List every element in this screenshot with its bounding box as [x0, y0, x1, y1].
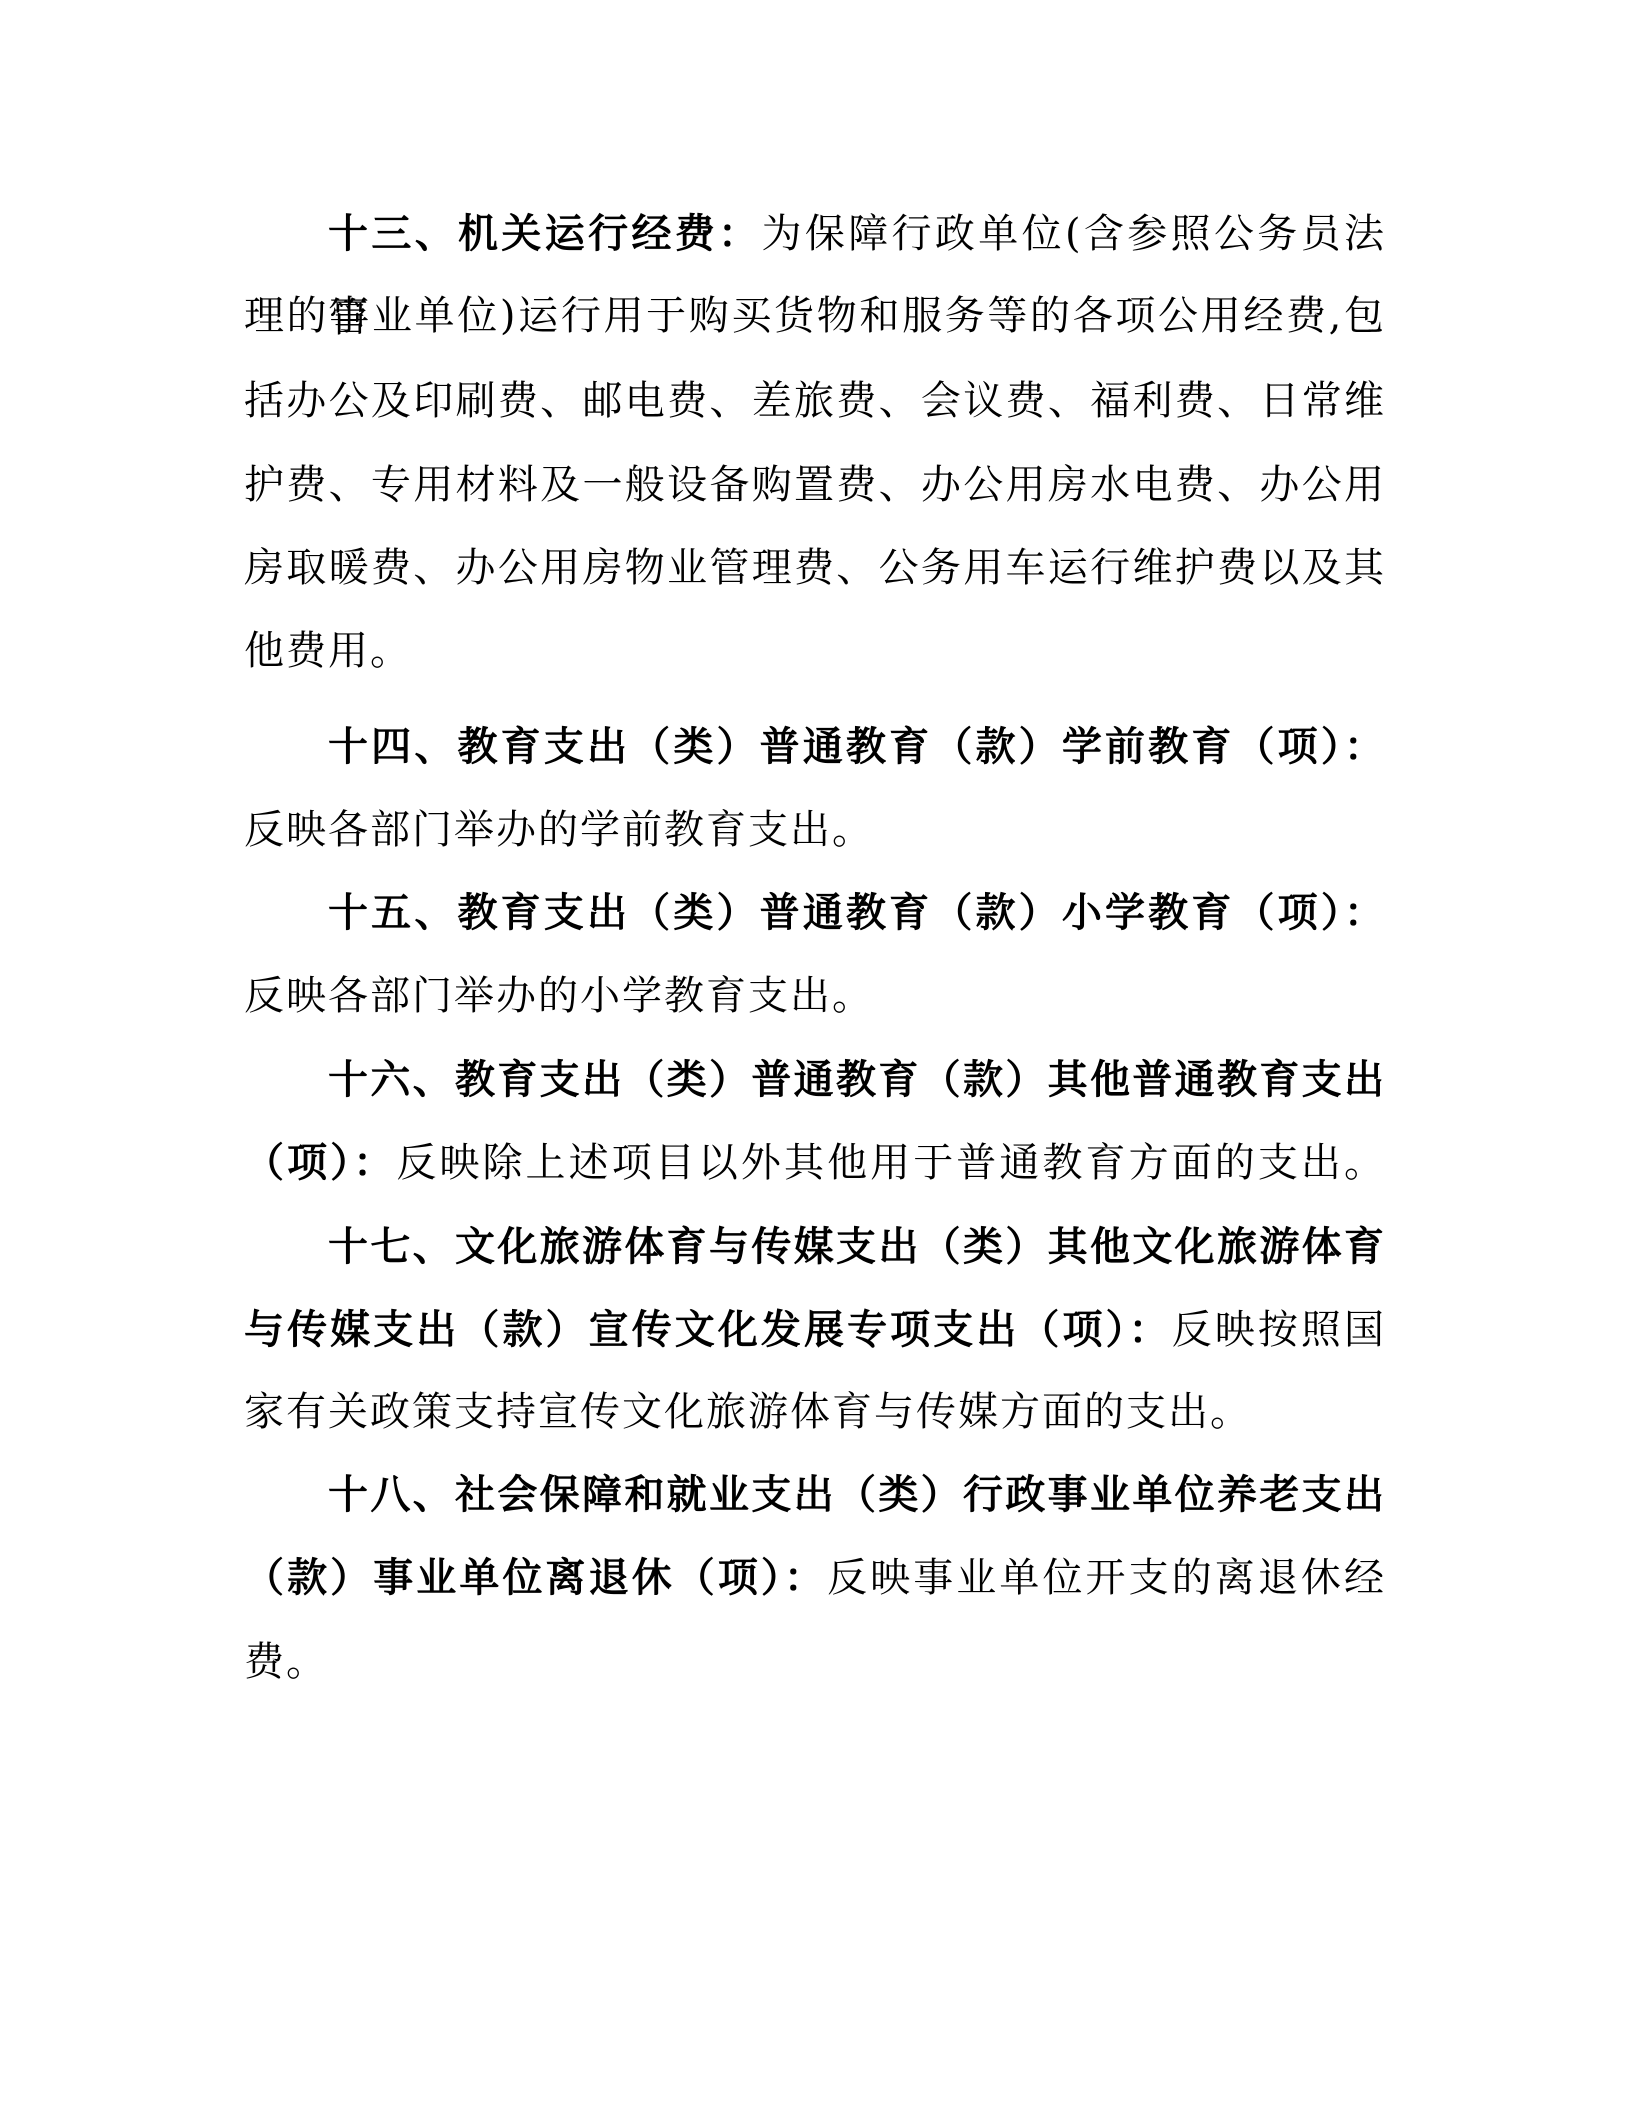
paragraph-14-text: 反映各部门举办的学前教育支出。 — [244, 807, 874, 853]
paragraph-17-line-2: 与传媒支出（款）宣传文化发展专项支出（项）：反映按照国 — [244, 1288, 1386, 1371]
document-page: 十三、机关运行经费：为保障行政单位(含参照公务员法管 理的事业单位)运行用于购买… — [0, 0, 1632, 2112]
paragraph-13-line-4: 护费、专用材料及一般设备购置费、办公用房水电费、办公用 — [244, 443, 1386, 526]
paragraph-18-text: 反映事业单位开支的离退休经 — [827, 1555, 1386, 1601]
paragraph-13-line-5: 房取暖费、办公用房物业管理费、公务用车运行维护费以及其 — [244, 526, 1386, 609]
paragraph-14-line-1: 十四、教育支出（类）普通教育（款）学前教育（项）： — [244, 705, 1386, 788]
paragraph-17-text: 家有关政策支持宣传文化旅游体育与传媒方面的支出。 — [244, 1389, 1252, 1435]
paragraph-17-heading: 十七、文化旅游体育与传媒支出（类）其他文化旅游体育 — [328, 1224, 1386, 1270]
paragraph-18-line-2: （款）事业单位离退休（项）：反映事业单位开支的离退休经 — [244, 1536, 1386, 1619]
paragraph-18-line-3: 费。 — [244, 1620, 1386, 1703]
paragraph-13-text: 护费、专用材料及一般设备购置费、办公用房水电费、办公用 — [244, 462, 1386, 508]
paragraph-15-heading: 十五、教育支出（类）普通教育（款）小学教育（项）： — [328, 890, 1386, 936]
paragraph-14-line-2: 反映各部门举办的学前教育支出。 — [244, 788, 1386, 871]
paragraph-17-text: 反映按照国 — [1172, 1307, 1386, 1353]
paragraph-13-line-3: 括办公及印刷费、邮电费、差旅费、会议费、福利费、日常维 — [244, 359, 1386, 442]
paragraph-16-line-2: （项）：反映除上述项目以外其他用于普通教育方面的支出。 — [244, 1121, 1386, 1204]
paragraph-15-line-2: 反映各部门举办的小学教育支出。 — [244, 954, 1386, 1037]
paragraph-18-heading-cont: （款）事业单位离退休（项）： — [244, 1555, 827, 1601]
paragraph-15-text: 反映各部门举办的小学教育支出。 — [244, 973, 874, 1019]
paragraph-13-text: 括办公及印刷费、邮电费、差旅费、会议费、福利费、日常维 — [244, 378, 1386, 424]
paragraph-16-line-1: 十六、教育支出（类）普通教育（款）其他普通教育支出 — [244, 1038, 1386, 1121]
paragraph-16-text: 反映除上述项目以外其他用于普通教育方面的支出。 — [396, 1140, 1386, 1186]
paragraph-13-text: 理的事业单位)运行用于购买货物和服务等的各项公用经费,包 — [244, 293, 1386, 339]
paragraph-18-line-1: 十八、社会保障和就业支出（类）行政事业单位养老支出 — [244, 1453, 1386, 1536]
paragraph-16-heading: 十六、教育支出（类）普通教育（款）其他普通教育支出 — [328, 1057, 1386, 1103]
paragraph-16-heading-cont: （项）： — [244, 1140, 396, 1186]
paragraph-17-line-3: 家有关政策支持宣传文化旅游体育与传媒方面的支出。 — [244, 1370, 1386, 1453]
paragraph-13-line-1: 十三、机关运行经费：为保障行政单位(含参照公务员法管 — [244, 192, 1386, 275]
paragraph-13-heading: 十三、机关运行经费： — [328, 211, 762, 257]
paragraph-15-line-1: 十五、教育支出（类）普通教育（款）小学教育（项）： — [244, 871, 1386, 954]
paragraph-13-line-2: 理的事业单位)运行用于购买货物和服务等的各项公用经费,包 — [244, 274, 1386, 357]
paragraph-18-heading: 十八、社会保障和就业支出（类）行政事业单位养老支出 — [328, 1472, 1386, 1518]
paragraph-13-text: 房取暖费、办公用房物业管理费、公务用车运行维护费以及其 — [244, 545, 1386, 591]
paragraph-13-line-6: 他费用。 — [244, 609, 1386, 692]
paragraph-17-line-1: 十七、文化旅游体育与传媒支出（类）其他文化旅游体育 — [244, 1205, 1386, 1288]
paragraph-14-heading: 十四、教育支出（类）普通教育（款）学前教育（项）： — [328, 724, 1386, 770]
paragraph-18-text: 费。 — [244, 1639, 328, 1685]
paragraph-13-text: 他费用。 — [244, 628, 412, 674]
paragraph-17-heading-cont: 与传媒支出（款）宣传文化发展专项支出（项）： — [244, 1307, 1172, 1353]
